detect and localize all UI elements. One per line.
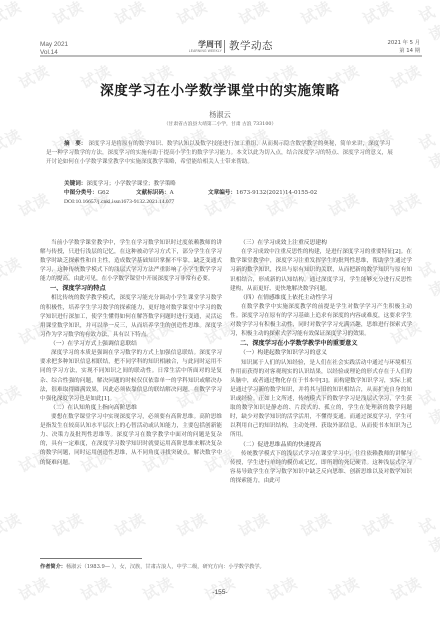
clc-field: 中图分类号：G62	[64, 189, 136, 198]
classification-row: 中图分类号：G62 文献标识码：A 文章编号：1673-9132(2021)14…	[64, 189, 404, 198]
article-no-field: 文章编号：1673-9132(2021)14-0155-02	[208, 189, 317, 198]
abstract-text: 深度学习是将原有的数学知识、数学认知以及数学技能进行加工重组，从而揭示隐含数学教…	[46, 141, 393, 165]
footnote-text: 杨淑云（1983.9— ），女，汉族，甘肃古浪人，中学二级，研究方向：小学数学教…	[66, 564, 265, 570]
doc-code-label: 文献标识码：	[136, 190, 170, 196]
document-page: May 2021 Vol.14 学周刊 LEARNING WEEKLY 教学动态…	[0, 0, 440, 620]
author-affiliation: （甘肃省古浪县大靖第二小学，甘肃 古浪 733100）	[0, 120, 440, 127]
keywords-label: 关键词：	[64, 181, 86, 187]
article-no-value: 1673-9132(2021)14-0155-02	[236, 190, 317, 196]
footnote-label: 作者简介：	[40, 564, 66, 570]
header-date-cn: 2021 年 5 月	[388, 40, 421, 48]
footnote-rule	[40, 558, 142, 559]
subsection-heading-5: （一）构建起数学知识学习的意义	[230, 349, 412, 358]
subsection-heading-2: （二）在认知角度上指向高阶思维	[40, 404, 222, 413]
journal-logo: 学周刊 LEARNING WEEKLY	[170, 40, 222, 53]
header-rule	[40, 55, 422, 57]
author-bio-footnote: 作者简介：杨淑云（1983.9— ），女，汉族，甘肃古浪人，中学二级，研究方向：…	[40, 563, 265, 570]
subsection-heading-6: （二）促进思维品质的快速提高	[230, 441, 412, 450]
section-heading-1: 一、深度学习的特点	[40, 284, 222, 294]
section-heading-2: 二、深度学习在小学数学教学中的重要意义	[230, 339, 412, 349]
abstract: 摘 要：深度学习是将原有的数学知识、数学认知以及数学技能进行加工重组，从而揭示隐…	[46, 140, 396, 168]
section-1-paragraph: 相比传统的数学教学模式，深度学习能充分调动小学生课堂学习数学的积极性，培养学生学…	[40, 294, 222, 339]
keywords-text: 深度学习；小学数学课堂；教学策略	[86, 181, 176, 187]
subsection-1-paragraph: 深度学习的本质是强调在学习数学的方式上加强信息联结。深度学习要求把多种知识信息相…	[40, 349, 222, 404]
header-separator	[224, 40, 225, 53]
article-author: 杨淑云	[0, 110, 440, 120]
subsection-3-paragraph: 在学习成效中注重反思性的构建，是进行深度学习的重要特征[2]。在数学课堂教学中，…	[230, 248, 412, 293]
subsection-heading-1: （一）在学习方式上强调信息联结	[40, 340, 222, 349]
doc-code-value: A	[170, 190, 174, 196]
subsection-heading-4: （四）在情感维度上依托主动性学习	[230, 294, 412, 303]
article-no-label: 文章编号：	[208, 190, 236, 196]
intro-paragraph: 当前小学数学课堂教学中，学生在学习数学知识时过度依赖教师的讲解与传授，只进行浅层…	[40, 239, 222, 284]
journal-name-en: LEARNING WEEKLY	[170, 49, 222, 53]
subsection-2-paragraph: 要想在数学课堂学习中实现深度学习，必须要有高阶思维。高阶思维是指发生在较高认知水…	[40, 413, 222, 468]
clc-label: 中图分类号：	[64, 190, 98, 196]
keywords: 关键词：深度学习；小学数学课堂；教学策略	[64, 180, 404, 189]
journal-name-cn: 学周刊	[170, 40, 222, 49]
subsection-5-paragraph: 知识属于人们的认知经验，是人们在社会实践活动中通过与环境相互作用而获得的对客观现…	[230, 359, 412, 441]
subsection-6-paragraph: 传统教学模式下的浅层式学习在课堂学习中，往往依赖教师的讲解与传授，学生进行单纯的…	[230, 450, 412, 486]
header-issue-cn: 第 14 期	[388, 48, 421, 56]
article-title: 深度学习在小学数学课堂中的实施策略	[0, 79, 440, 99]
subsection-heading-3: （三）在学习成效上注重反思建构	[230, 239, 412, 248]
header-right: 2021 年 5 月 第 14 期	[388, 40, 421, 55]
doi[interactable]: DOI:10.16657/j.cnki.issn1673-9132.2021.1…	[64, 198, 404, 207]
section-name: 教学动态	[229, 38, 273, 53]
left-column: 当前小学数学课堂教学中，学生在学习数学知识时过度依赖教师的讲解与传授，只进行浅层…	[40, 239, 222, 468]
clc-value: G62	[98, 190, 110, 196]
header-month-year: May 2021	[40, 41, 68, 49]
doc-code-field: 文献标识码：A	[136, 189, 208, 198]
abstract-label: 摘 要：	[64, 141, 86, 147]
right-column: （三）在学习成效上注重反思建构 在学习成效中注重反思性的构建，是进行深度学习的重…	[230, 239, 412, 486]
subsection-4-paragraph: 在数学教学中实施深度教学的前提是学生对数学学习产生积极主动性。深度学习在原有的学…	[230, 303, 412, 339]
page-number: -155-	[0, 589, 440, 596]
